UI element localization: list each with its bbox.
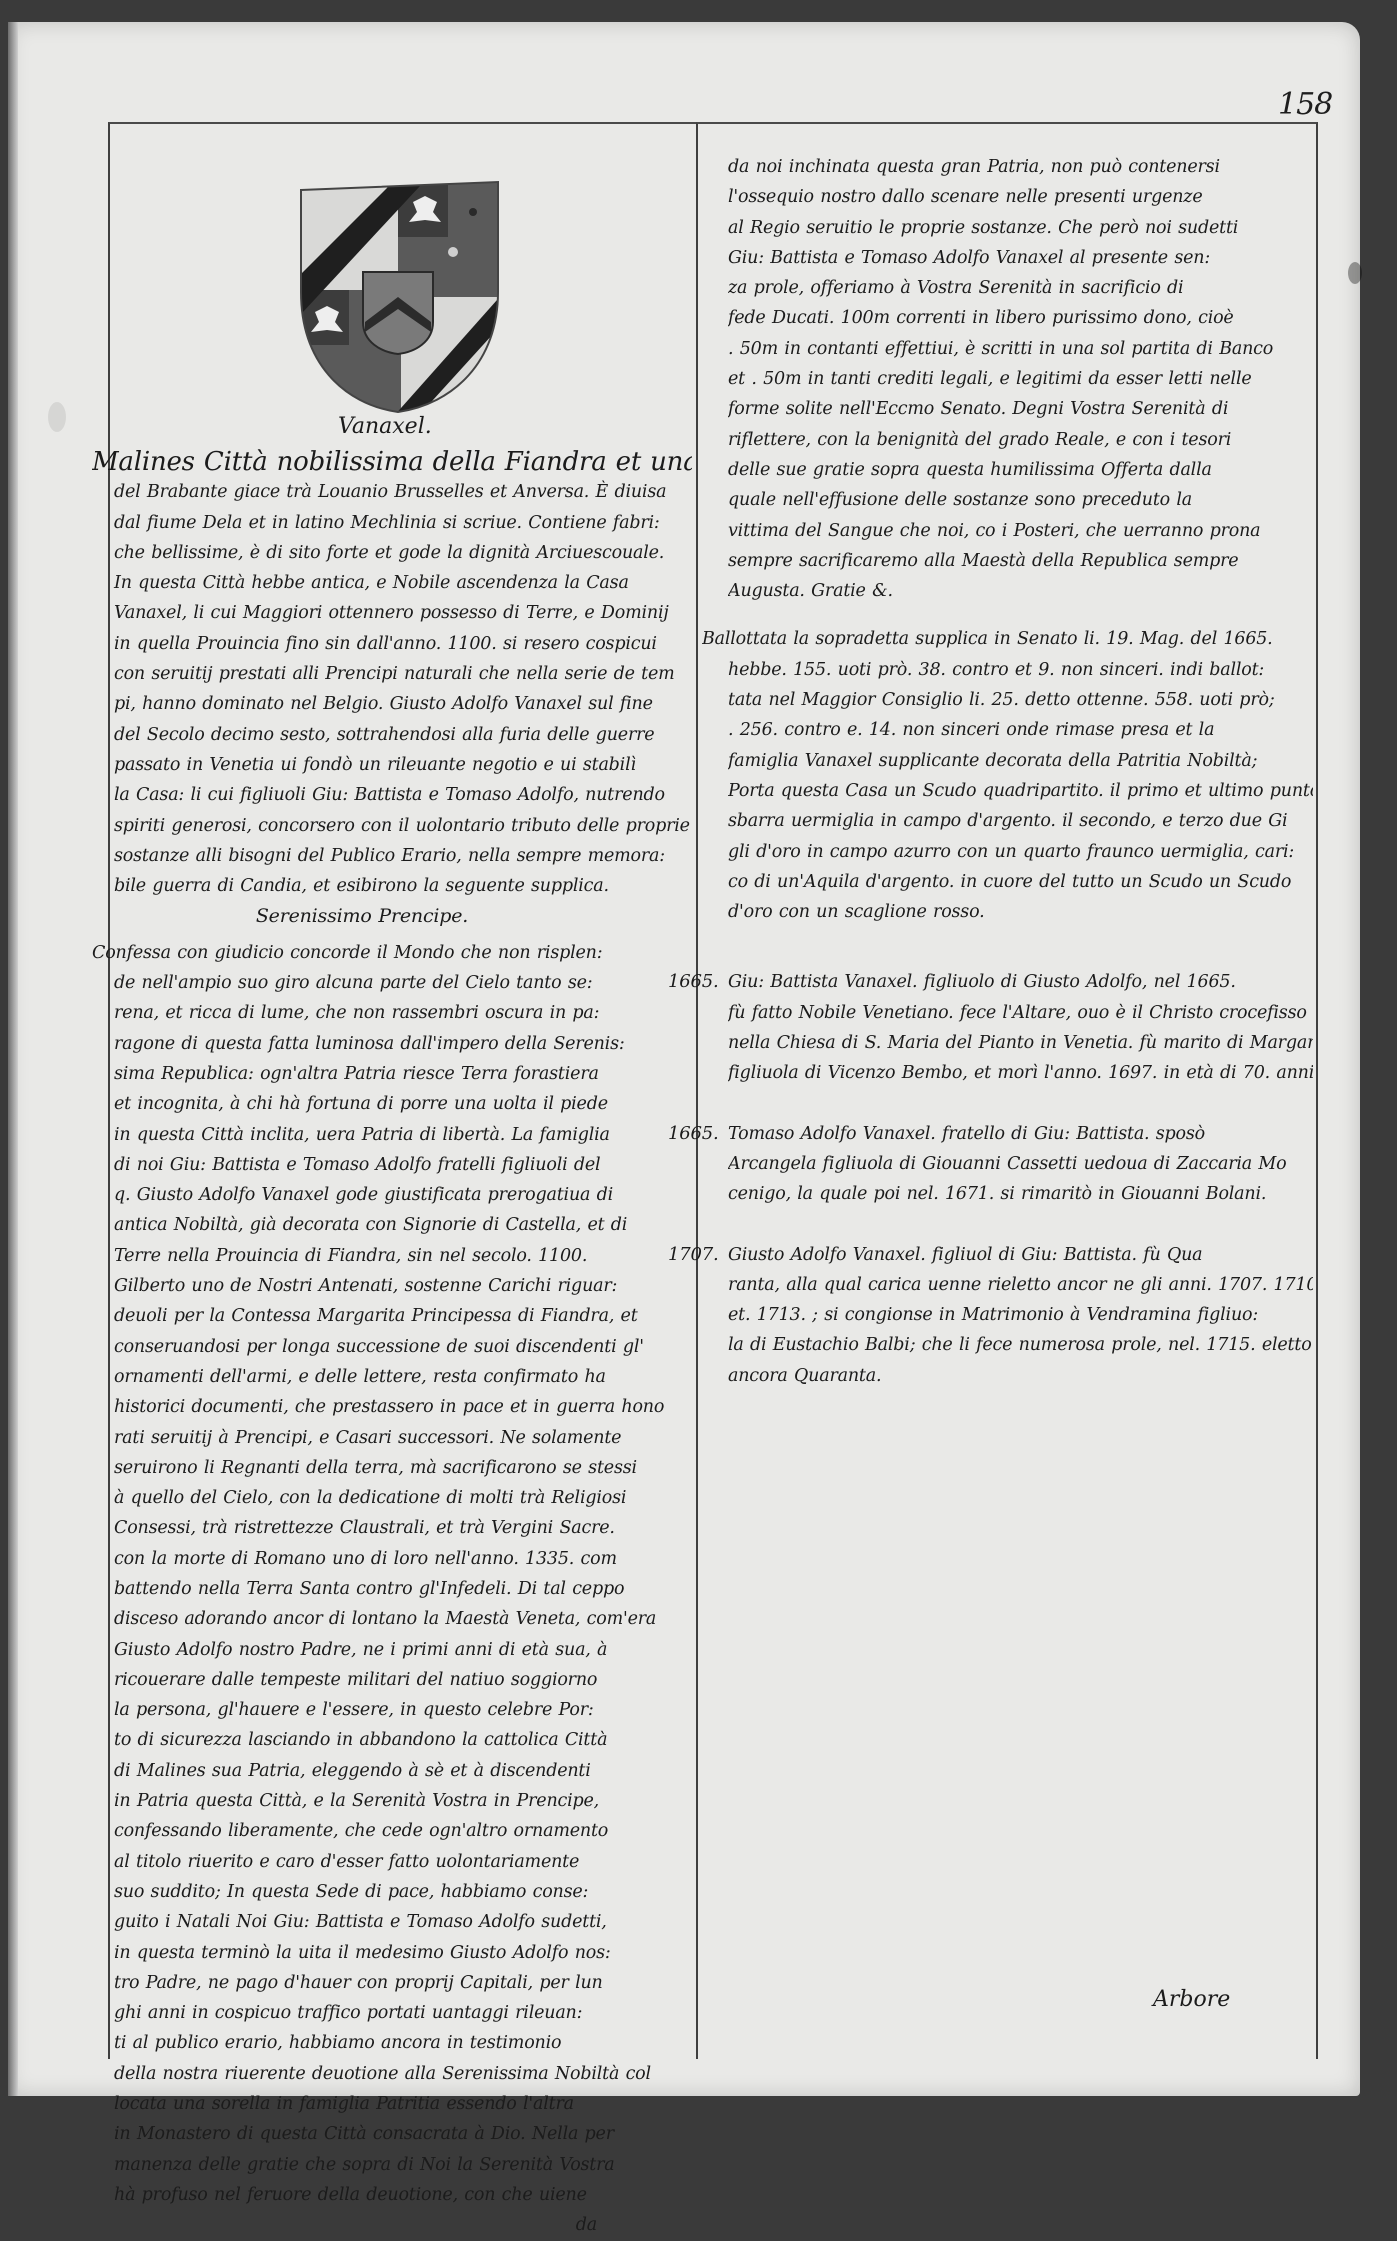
text-line: rena, et ricca di lume, che non rassembr… bbox=[92, 998, 692, 1028]
text-line: ragone di questa fatta luminosa dall'imp… bbox=[92, 1029, 692, 1059]
text-line: Ballottata la sopradetta supplica in Sen… bbox=[702, 624, 1313, 654]
text-line: Confessa con giudicio concorde il Mondo … bbox=[92, 938, 692, 968]
text-line: Malines Città nobilissima della Fiandra … bbox=[92, 447, 692, 477]
left-column-text: Malines Città nobilissima della Fiandra … bbox=[92, 447, 692, 2104]
text-line: historici documenti, che prestassero in … bbox=[92, 1392, 692, 1422]
text-line: tro Padre, ne pago d'hauer con proprij C… bbox=[92, 1968, 692, 1998]
text-line: l'ossequio nostro dallo scenare nelle pr… bbox=[728, 182, 1313, 212]
text-line: à quello del Cielo, con la dedicatione d… bbox=[92, 1483, 692, 1513]
text-line: da noi inchinata questa gran Patria, non… bbox=[728, 152, 1313, 182]
text-line: guito i Natali Noi Giu: Battista e Tomas… bbox=[92, 1907, 692, 1937]
manuscript-page: 158 bbox=[8, 22, 1360, 2096]
text-line: pi, hanno dominato nel Belgio. Giusto Ad… bbox=[92, 689, 692, 719]
text-line: sostanze alli bisogni del Publico Erario… bbox=[92, 841, 692, 871]
text-line: sempre sacrificaremo alla Maestà della R… bbox=[728, 546, 1313, 576]
genealogy-entry: 1665. Tomaso Adolfo Vanaxel. fratello di… bbox=[728, 1119, 1313, 1210]
text-line: passato in Venetia ui fondò un rileuante… bbox=[92, 750, 692, 780]
text-line: Vanaxel, li cui Maggiori ottennero posse… bbox=[92, 598, 692, 628]
text-line: Porta questa Casa un Scudo quadripartito… bbox=[728, 776, 1313, 806]
text-line: In questa Città hebbe antica, e Nobile a… bbox=[92, 568, 692, 598]
ink-stain bbox=[48, 402, 66, 432]
text-line: cenigo, la quale poi nel. 1671. si rimar… bbox=[728, 1179, 1313, 1209]
text-line: tata nel Maggior Consiglio li. 25. detto… bbox=[728, 685, 1313, 715]
text-line: famiglia Vanaxel supplicante decorata de… bbox=[728, 746, 1313, 776]
text-line: deuoli per la Contessa Margarita Princip… bbox=[92, 1301, 692, 1331]
entry-year: 1707. bbox=[668, 1240, 719, 1270]
text-line: al Regio seruitio le proprie sostanze. C… bbox=[728, 213, 1313, 243]
genealogy-entry: 1707. Giusto Adolfo Vanaxel. figliuol di… bbox=[728, 1240, 1313, 1391]
text-line: riflettere, con la benignità del grado R… bbox=[728, 425, 1313, 455]
entry-year: 1665. bbox=[668, 967, 719, 997]
text-line: delle sue gratie sopra questa humilissim… bbox=[728, 455, 1313, 485]
text-line: che bellissime, è di sito forte et gode … bbox=[92, 538, 692, 568]
text-line: ornamenti dell'armi, e delle lettere, re… bbox=[92, 1362, 692, 1392]
family-name-caption: Vanaxel. bbox=[338, 414, 432, 439]
text-line: ricouerare dalle tempeste militari del n… bbox=[92, 1665, 692, 1695]
text-line: Giu: Battista e Tomaso Adolfo Vanaxel al… bbox=[728, 243, 1313, 273]
ballottata-block: Ballottata la sopradetta supplica in Sen… bbox=[728, 624, 1313, 927]
text-line: della nostra riuerente deuotione alla Se… bbox=[92, 2059, 692, 2089]
text-line: Giu: Battista Vanaxel. figliuolo di Gius… bbox=[728, 967, 1313, 997]
folio-number: 158 bbox=[1278, 87, 1332, 122]
text-line: la persona, gl'hauere e l'essere, in que… bbox=[92, 1695, 692, 1725]
text-line: al titolo riuerito e caro d'esser fatto … bbox=[92, 1847, 692, 1877]
text-line: Tomaso Adolfo Vanaxel. fratello di Giu: … bbox=[728, 1119, 1313, 1149]
text-line: sima Republica: ogn'altra Patria riesce … bbox=[92, 1059, 692, 1089]
supplica-heading: Serenissimo Prencipe. bbox=[92, 901, 692, 931]
text-line: quale nell'effusione delle sostanze sono… bbox=[728, 485, 1313, 515]
text-line: con seruitij prestati alli Prencipi natu… bbox=[92, 659, 692, 689]
text-line: hebbe. 155. uoti prò. 38. contro et 9. n… bbox=[728, 655, 1313, 685]
text-line: vittima del Sangue che noi, co i Posteri… bbox=[728, 516, 1313, 546]
text-line: del Brabante giace trà Louanio Brusselle… bbox=[92, 477, 692, 507]
text-line: del Secolo decimo sesto, sottrahendosi a… bbox=[92, 720, 692, 750]
text-line: di Malines sua Patria, eleggendo à sè et… bbox=[92, 1756, 692, 1786]
text-line: ghi anni in cospicuo traffico portati ua… bbox=[92, 1998, 692, 2028]
text-line: Gilberto uno de Nostri Antenati, sostenn… bbox=[92, 1271, 692, 1301]
text-line: antica Nobiltà, già decorata con Signori… bbox=[92, 1210, 692, 1240]
text-line: Giusto Adolfo Vanaxel. figliuol di Giu: … bbox=[728, 1240, 1313, 1270]
text-line: dal fiume Dela et in latino Mechlinia si… bbox=[92, 508, 692, 538]
text-line: Giusto Adolfo nostro Padre, ne i primi a… bbox=[92, 1635, 692, 1665]
text-line: de nell'ampio suo giro alcuna parte del … bbox=[92, 968, 692, 998]
text-line: con la morte di Romano uno di loro nell'… bbox=[92, 1544, 692, 1574]
genealogy-entry: 1665. Giu: Battista Vanaxel. figliuolo d… bbox=[728, 967, 1313, 1088]
catchword-arbore: Arbore bbox=[1153, 1987, 1230, 2012]
text-line: di noi Giu: Battista e Tomaso Adolfo fra… bbox=[92, 1150, 692, 1180]
text-line: in questa Città inclita, uera Patria di … bbox=[92, 1120, 692, 1150]
text-line: gli d'oro in campo azurro con un quarto … bbox=[728, 837, 1313, 867]
text-line: in quella Prouincia fino sin dall'anno. … bbox=[92, 629, 692, 659]
text-line: . 50m in contanti effettiui, è scritti i… bbox=[728, 334, 1313, 364]
text-line: in Patria questa Città, e la Serenità Vo… bbox=[92, 1786, 692, 1816]
text-line: fù fatto Nobile Venetiano. fece l'Altare… bbox=[728, 998, 1313, 1028]
text-line: ranta, alla qual carica uenne rieletto a… bbox=[728, 1270, 1313, 1300]
text-line: Consessi, trà ristrettezze Claustrali, e… bbox=[92, 1513, 692, 1543]
text-line: la di Eustachio Balbi; che li fece numer… bbox=[728, 1330, 1313, 1360]
text-line: forme solite nell'Eccmo Senato. Degni Vo… bbox=[728, 394, 1313, 424]
text-line: in questa terminò la uita il medesimo Gi… bbox=[92, 1938, 692, 1968]
text-line: . 256. contro e. 14. non sinceri onde ri… bbox=[728, 715, 1313, 745]
text-line: la Casa: li cui figliuoli Giu: Battista … bbox=[92, 780, 692, 810]
text-line: battendo nella Terra Santa contro gl'Inf… bbox=[92, 1574, 692, 1604]
text-line: ancora Quaranta. bbox=[728, 1361, 1313, 1391]
text-line: et incognita, à chi hà fortuna di porre … bbox=[92, 1089, 692, 1119]
text-line: to di sicurezza lasciando in abbandono l… bbox=[92, 1725, 692, 1755]
text-line: co di un'Aquila d'argento. in cuore del … bbox=[728, 867, 1313, 897]
text-line: sbarra uermiglia in campo d'argento. il … bbox=[728, 806, 1313, 836]
text-line: confessando liberamente, che cede ogn'al… bbox=[92, 1816, 692, 1846]
text-line: conseruandosi per longa successione de s… bbox=[92, 1332, 692, 1362]
text-line: figliuola di Vicenzo Bembo, et morì l'an… bbox=[728, 1058, 1313, 1088]
text-line: za prole, offeriamo à Vostra Serenità in… bbox=[728, 273, 1313, 303]
text-line: et. 1713. ; si congionse in Matrimonio à… bbox=[728, 1300, 1313, 1330]
text-line: seruirono li Regnanti della terra, mà sa… bbox=[92, 1453, 692, 1483]
text-line: ti al publico erario, habbiamo ancora in… bbox=[92, 2028, 692, 2058]
text-line: spiriti generosi, concorsero con il uolo… bbox=[92, 811, 692, 841]
text-line: Terre nella Prouincia di Fiandra, sin ne… bbox=[92, 1241, 692, 1271]
text-line: q. Giusto Adolfo Vanaxel gode giustifica… bbox=[92, 1180, 692, 1210]
entry-year: 1665. bbox=[668, 1119, 719, 1149]
text-line: nella Chiesa di S. Maria del Pianto in V… bbox=[728, 1028, 1313, 1058]
text-line: fede Ducati. 100m correnti in libero pur… bbox=[728, 303, 1313, 333]
text-line: bile guerra di Candia, et esibirono la s… bbox=[92, 871, 692, 901]
text-line: d'oro con un scaglione rosso. bbox=[728, 897, 1313, 927]
text-line: suo suddito; In questa Sede di pace, hab… bbox=[92, 1877, 692, 1907]
text-line: Arcangela figliuola di Giouanni Cassetti… bbox=[728, 1149, 1313, 1179]
ink-stain bbox=[1348, 262, 1362, 284]
text-line: et . 50m in tanti crediti legali, e legi… bbox=[728, 364, 1313, 394]
text-line: locata una sorella in famiglia Patritia … bbox=[92, 2089, 692, 2104]
text-line: disceso adorando ancor di lontano la Mae… bbox=[92, 1604, 692, 1634]
coat-of-arms-icon bbox=[293, 172, 503, 417]
text-line: rati seruitij à Prencipi, e Casari succe… bbox=[92, 1423, 692, 1453]
binding-edge bbox=[8, 22, 18, 2096]
right-column-text: da noi inchinata questa gran Patria, non… bbox=[728, 152, 1313, 1391]
text-line: Augusta. Gratie &. bbox=[728, 576, 1313, 606]
